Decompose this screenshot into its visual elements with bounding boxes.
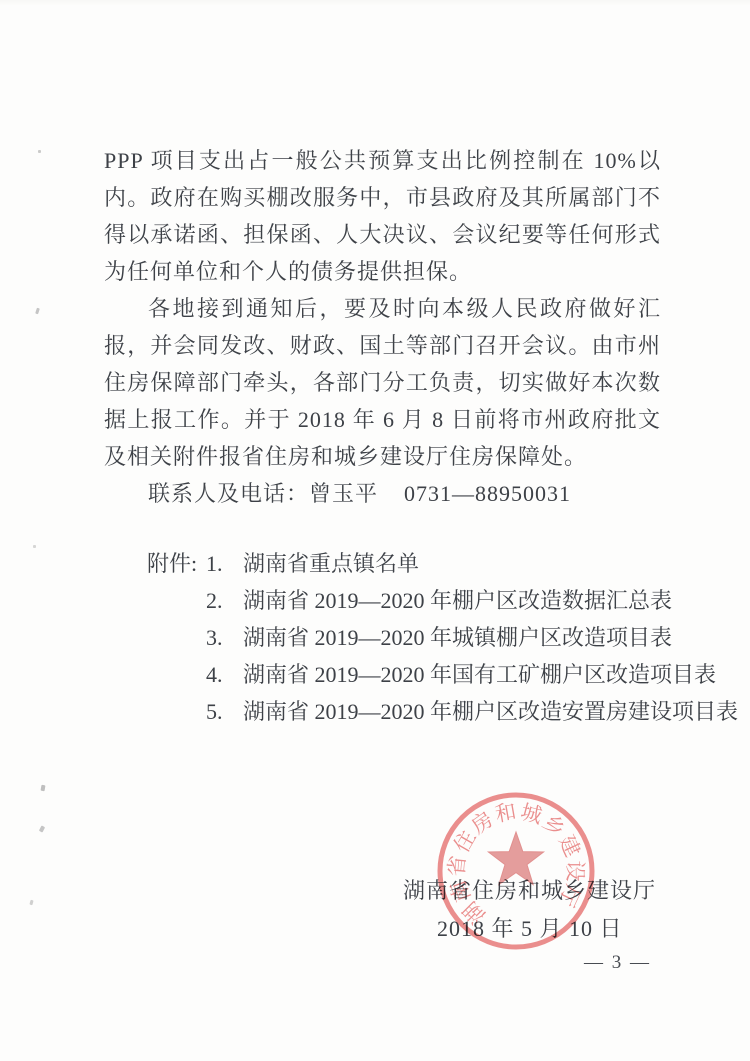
svg-text:设: 设 xyxy=(563,861,587,882)
contact-name: 曾玉平 xyxy=(309,481,378,506)
attachment-title: 湖南省 2019—2020 年国有工矿棚户区改造项目表 xyxy=(243,656,716,693)
attachment-title: 湖南省 2019—2020 年棚户区改造安置房建设项目表 xyxy=(243,693,738,730)
scan-artifact xyxy=(41,785,46,792)
contact-label: 联系人及电话： xyxy=(148,481,309,506)
scan-artifact xyxy=(39,825,45,832)
attachment-number: 4. xyxy=(206,656,243,693)
scan-artifact xyxy=(35,308,40,315)
scan-artifact xyxy=(33,545,36,548)
attachment-title: 湖南省重点镇名单 xyxy=(243,545,419,582)
attachments-list: 附件: 1. 湖南省重点镇名单 2. 湖南省 2019—2020 年棚户区改造数… xyxy=(104,545,661,730)
attachment-item: 2. 湖南省 2019—2020 年棚户区改造数据汇总表 xyxy=(104,582,661,619)
svg-text:和: 和 xyxy=(493,799,518,826)
scan-artifact xyxy=(29,900,33,906)
attachment-number: 1. xyxy=(206,545,243,582)
svg-text:省: 省 xyxy=(444,854,470,877)
attachment-item: 5. 湖南省 2019—2020 年棚户区改造安置房建设项目表 xyxy=(104,693,661,730)
attachment-item: 3. 湖南省 2019—2020 年城镇棚户区改造项目表 xyxy=(104,619,661,656)
document-body: PPP 项目支出占一般公共预算支出比例控制在 10%以内。政府在购买棚改服务中，… xyxy=(104,142,661,730)
attachment-number: 2. xyxy=(206,582,243,619)
attachment-title: 湖南省 2019—2020 年城镇棚户区改造项目表 xyxy=(243,619,672,656)
seal-star-icon xyxy=(488,832,543,885)
scan-artifact xyxy=(38,150,41,153)
official-seal: 湖南省住房和城乡建设厅 xyxy=(416,771,616,971)
attachments-label: 附件: xyxy=(147,545,206,582)
attachment-item: 4. 湖南省 2019—2020 年国有工矿棚户区改造项目表 xyxy=(104,656,661,693)
attachment-indent xyxy=(104,545,147,582)
body-paragraph: PPP 项目支出占一般公共预算支出比例控制在 10%以内。政府在购买棚改服务中，… xyxy=(104,142,661,290)
attachment-title: 湖南省 2019—2020 年棚户区改造数据汇总表 xyxy=(243,582,672,619)
svg-text:厅: 厅 xyxy=(554,881,585,910)
attachment-item: 附件: 1. 湖南省重点镇名单 xyxy=(104,545,661,582)
contact-phone: 0731—88950031 xyxy=(404,481,571,506)
svg-text:南: 南 xyxy=(446,877,476,905)
attachment-number: 3. xyxy=(206,619,243,656)
contact-line: 联系人及电话：曾玉平0731—88950031 xyxy=(104,475,661,512)
body-paragraph: 各地接到通知后，要及时向本级人民政府做好汇报，并会同发改、财政、国土等部门召开会… xyxy=(104,290,661,475)
attachment-number: 5. xyxy=(206,693,243,730)
scanned-document-page: PPP 项目支出占一般公共预算支出比例控制在 10%以内。政府在购买棚改服务中，… xyxy=(0,0,750,1061)
